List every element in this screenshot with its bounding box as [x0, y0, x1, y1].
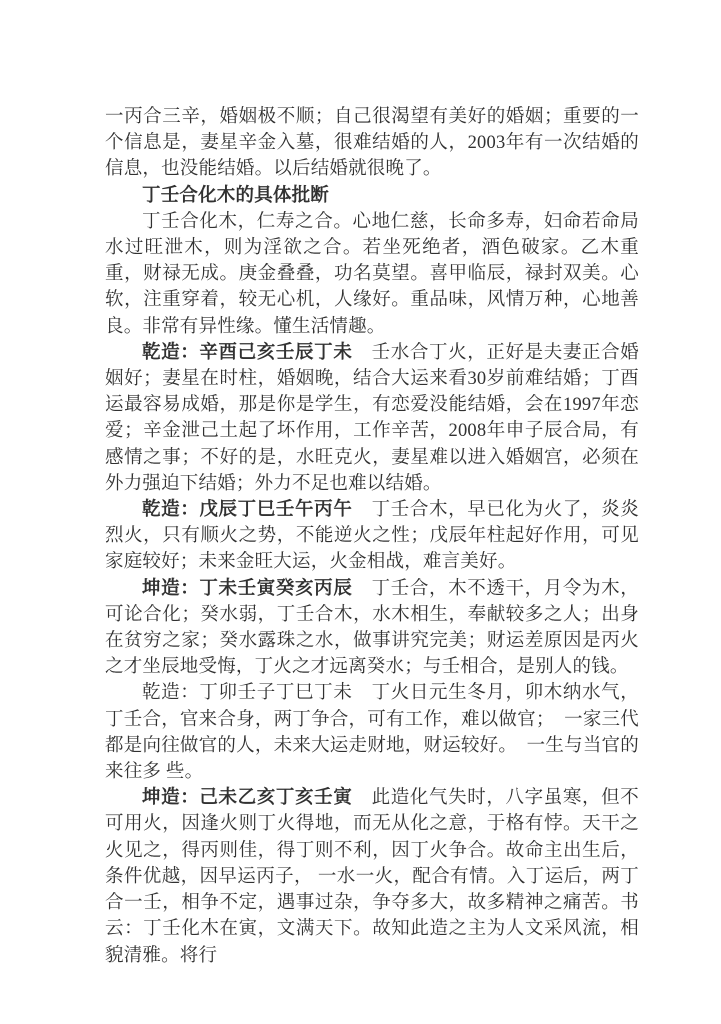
case-chart-label: 坤造：丁未壬寅癸亥丙辰 — [142, 579, 352, 599]
paragraph-marriage-analysis: 一丙合三辛，婚姻极不顺；自己很渴望有美好的婚姻；重要的一个信息是，妻星辛金入墓，… — [105, 104, 639, 183]
paragraph-case-3: 坤造：丁未壬寅癸亥丙辰 丁壬合，木不透干，月令为木，可论合化；癸水弱，丁壬合木，… — [105, 576, 639, 681]
section-heading: 丁壬合化木的具体批断 — [105, 183, 639, 209]
section-heading-text: 丁壬合化木的具体批断 — [142, 186, 329, 206]
paragraph-ding-ren-general: 丁壬合化木，仁寿之合。心地仁慈，长命多寿，妇命若命局水过旺泄木，则为淫欲之合。若… — [105, 209, 639, 340]
document-page: 一丙合三辛，婚姻极不顺；自己很渴望有美好的婚姻；重要的一个信息是，妻星辛金入墓，… — [0, 0, 721, 1024]
paragraph-text: 丁壬合化木，仁寿之合。心地仁慈，长命多寿，妇命若命局水过旺泄木，则为淫欲之合。若… — [105, 212, 639, 337]
paragraph-text: 壬水合丁火，正好是夫妻正合婚姻好；妻星在时柱，婚姻晚，结合大运来看30岁前难结婚… — [105, 343, 639, 494]
paragraph-case-5: 坤造：己未乙亥丁亥壬寅 此造化气失时，八字虽寒，但不可用火，因逢火则丁火得地，而… — [105, 785, 639, 968]
paragraph-text: 此造化气失时，八字虽寒，但不可用火，因逢火则丁火得地，而无从化之意，于格有悖。天… — [105, 788, 639, 965]
paragraph-case-1: 乾造：辛酉己亥壬辰丁未 壬水合丁火，正好是夫妻正合婚姻好；妻星在时柱，婚姻晚，结… — [105, 340, 639, 497]
paragraph-case-4: 乾造：丁卯壬子丁巳丁未 丁火日元生冬月，卯木纳水气，丁壬合，官来合身，两丁争合，… — [105, 680, 639, 785]
paragraph-case-2: 乾造：戊辰丁巳壬午丙午 丁壬合木，早已化为火了，炎炎烈火，只有顺火之势，不能逆火… — [105, 497, 639, 576]
case-chart-label: 乾造：辛酉己亥壬辰丁未 — [142, 343, 352, 363]
page-text-column: 一丙合三辛，婚姻极不顺；自己很渴望有美好的婚姻；重要的一个信息是，妻星辛金入墓，… — [105, 104, 639, 969]
paragraph-text: 一丙合三辛，婚姻极不顺；自己很渴望有美好的婚姻；重要的一个信息是，妻星辛金入墓，… — [105, 107, 639, 179]
case-chart-label: 乾造：戊辰丁巳壬午丙午 — [142, 500, 352, 520]
case-chart-label: 坤造：己未乙亥丁亥壬寅 — [142, 788, 352, 808]
case-chart-label: 乾造：丁卯壬子丁巳丁未 — [142, 683, 352, 703]
